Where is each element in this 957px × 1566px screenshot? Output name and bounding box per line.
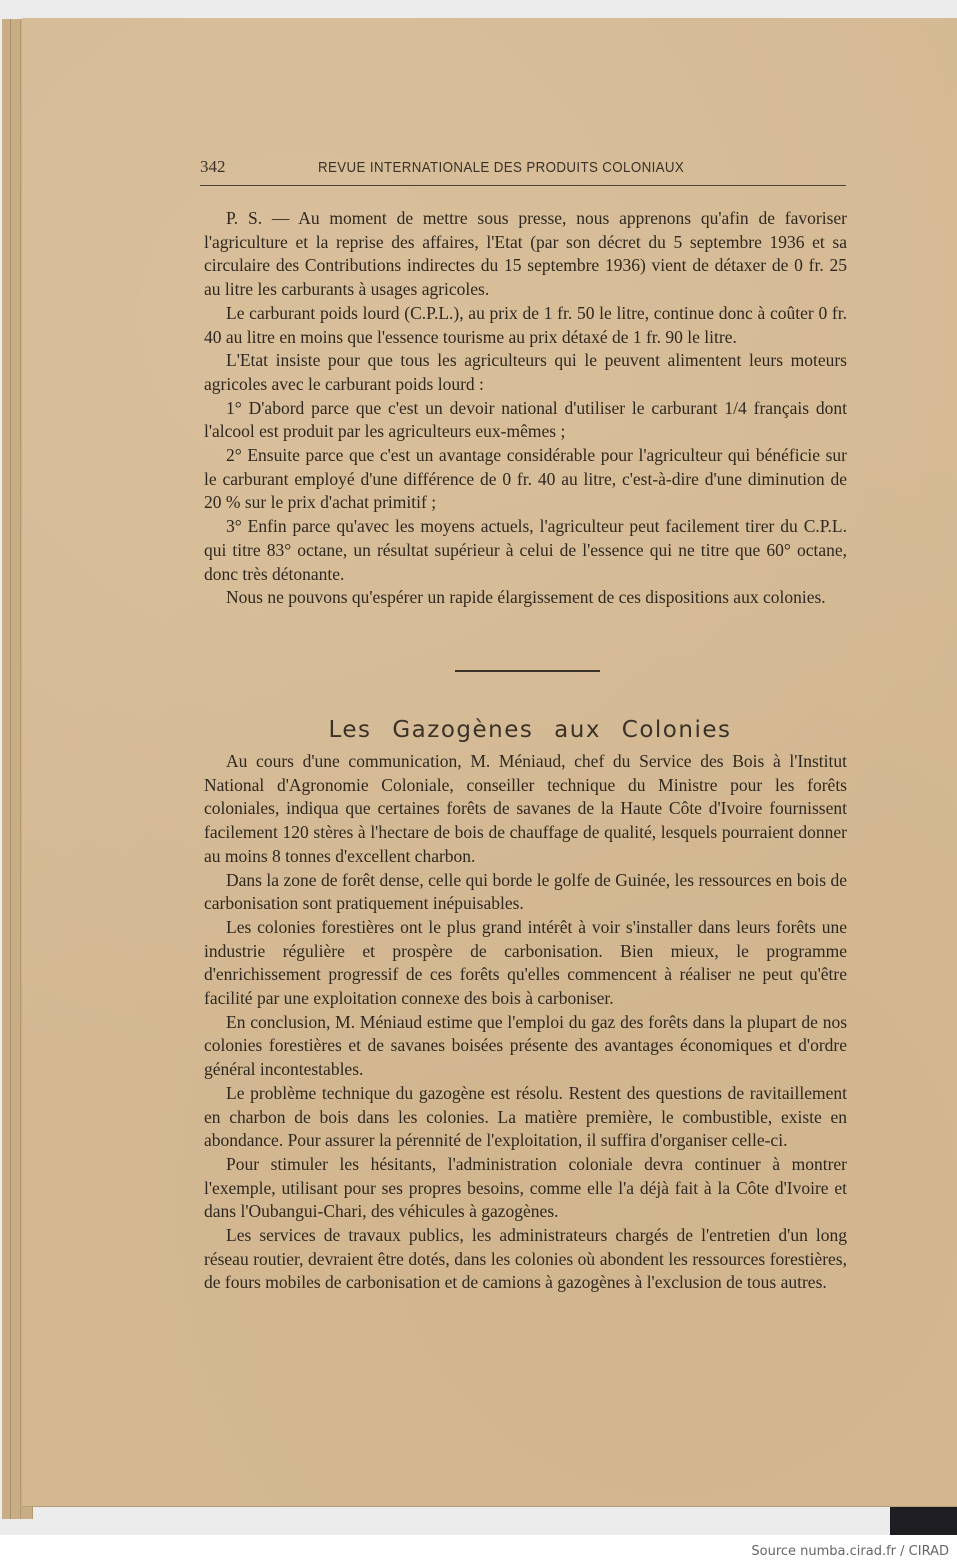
page-number: 342: [200, 157, 226, 177]
article-paragraph: Les colonies forestières ont le plus gra…: [204, 916, 847, 1011]
article-paragraph: En conclusion, M. Méniaud estime que l'e…: [204, 1011, 847, 1082]
journal-title: REVUE INTERNATIONALE DES PRODUITS COLONI…: [318, 160, 684, 176]
postscript-paragraph: P. S. — Au moment de mettre sous presse,…: [204, 207, 847, 302]
article-paragraph: Dans la zone de forêt dense, celle qui b…: [204, 869, 847, 916]
dark-corner-backdrop: [890, 1503, 957, 1535]
article-paragraph: Au cours d'une communication, M. Méniaud…: [204, 750, 847, 869]
article-paragraph: Le problème technique du gazogène est ré…: [204, 1082, 847, 1153]
section-divider: [455, 670, 600, 672]
postscript-paragraph: 3° Enfin parce qu'avec les moyens actuel…: [204, 515, 847, 586]
article-paragraph: Pour stimuler les hésitants, l'administr…: [204, 1153, 847, 1224]
postscript-paragraph: Le carburant poids lourd (C.P.L.), au pr…: [204, 302, 847, 349]
postscript-paragraph: 2° Ensuite parce que c'est un avantage c…: [204, 444, 847, 515]
article-paragraph: Les services de travaux publics, les adm…: [204, 1224, 847, 1295]
postscript-paragraph: Nous ne pouvons qu'espérer un rapide éla…: [204, 586, 847, 610]
running-head: 342 REVUE INTERNATIONALE DES PRODUITS CO…: [200, 155, 846, 186]
article-title: Les Gazogènes aux Colonies: [200, 717, 860, 743]
article-body: Au cours d'une communication, M. Méniaud…: [204, 750, 847, 1295]
postscript-paragraph: L'Etat insiste pour que tous les agricul…: [204, 349, 847, 396]
postscript-paragraph: 1° D'abord parce que c'est un devoir nat…: [204, 397, 847, 444]
source-credit: Source numba.cirad.fr / CIRAD: [751, 1544, 949, 1559]
postscript-section: P. S. — Au moment de mettre sous presse,…: [204, 207, 847, 610]
